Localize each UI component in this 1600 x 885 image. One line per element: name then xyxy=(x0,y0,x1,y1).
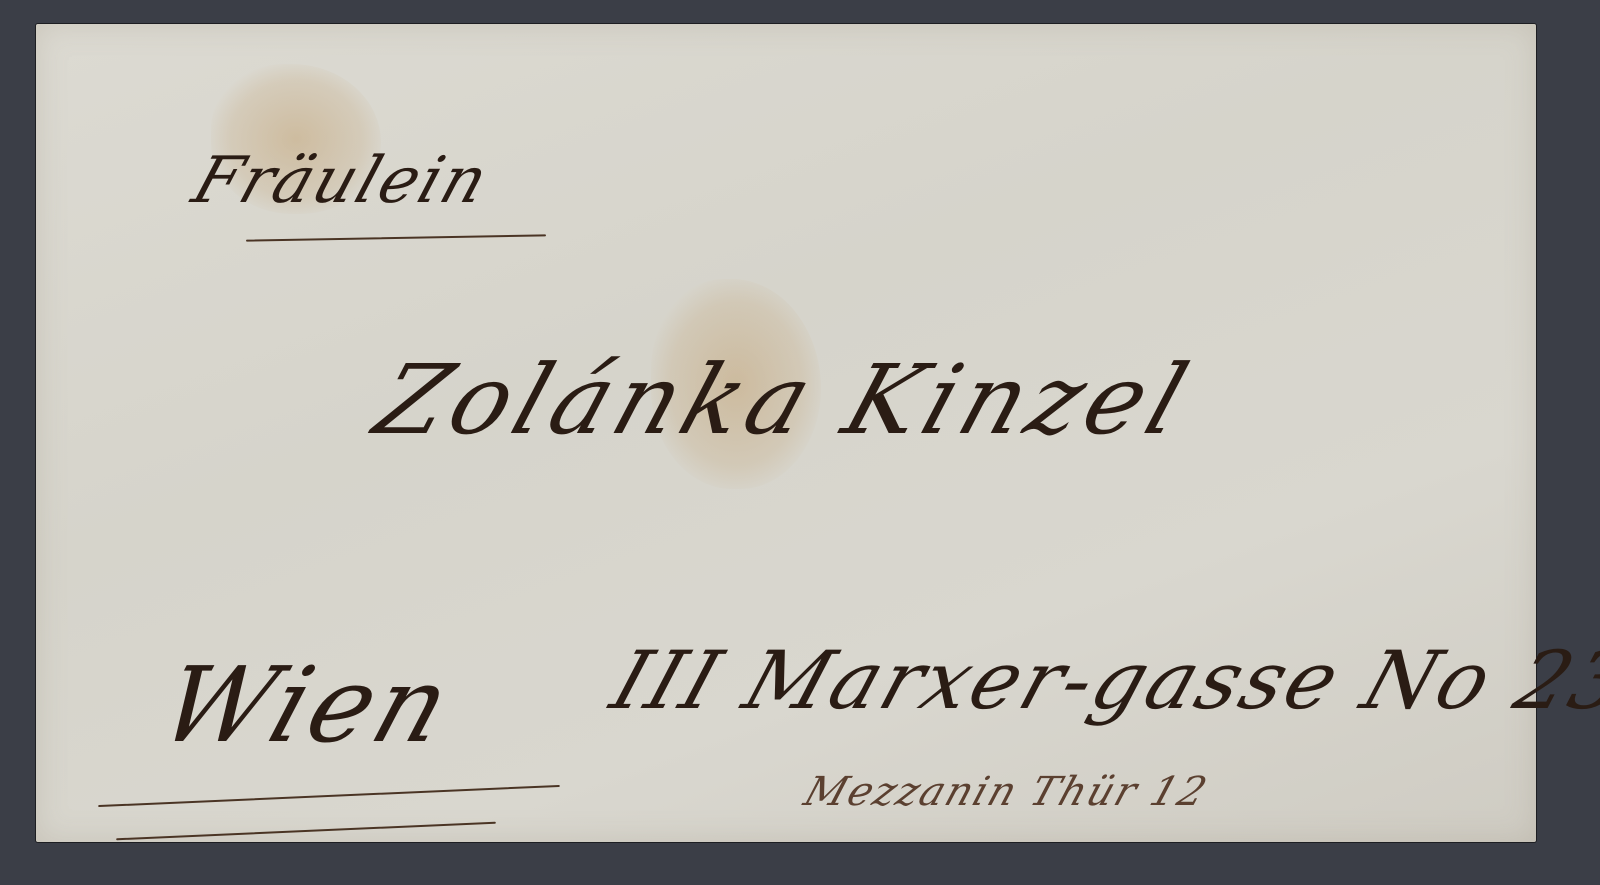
underline xyxy=(246,234,546,241)
underline xyxy=(116,822,496,841)
envelope: Fräulein Zolánka Kinzel Wien III Marxer-… xyxy=(36,24,1536,842)
recipient-name: Zolánka Kinzel xyxy=(363,344,1206,456)
address-detail: Mezzanin Thür 12 xyxy=(799,769,1215,815)
salutation-text: Fräulein xyxy=(184,144,498,218)
city-text: Wien xyxy=(146,644,468,766)
underline xyxy=(98,785,560,807)
street-address: III Marxer-gasse No 23 xyxy=(601,634,1600,727)
